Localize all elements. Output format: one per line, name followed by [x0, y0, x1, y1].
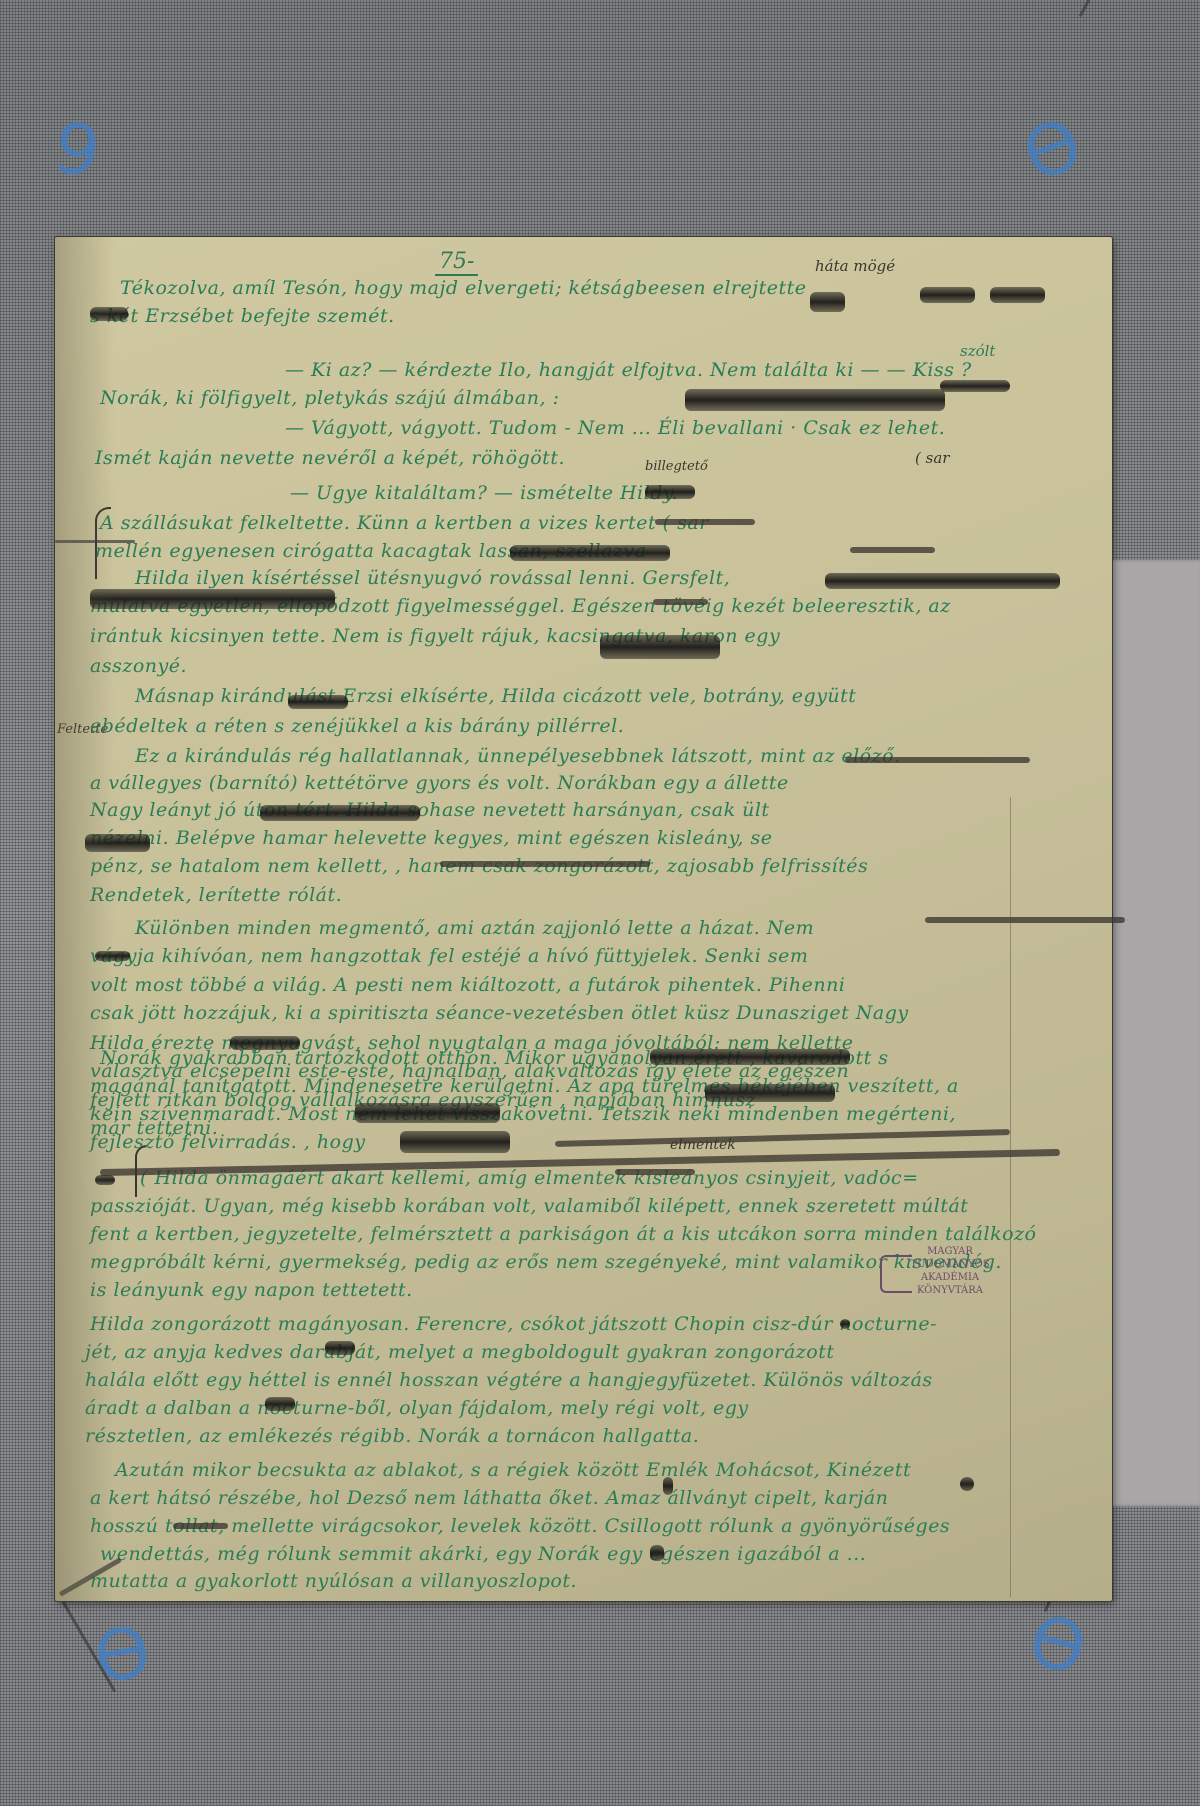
text-line-24: volt most többé a világ. A pesti nem kiá… — [90, 974, 845, 996]
redaction-mark — [705, 1084, 835, 1102]
redaction-mark — [260, 805, 420, 821]
pencil-mark-bottom-right: Ɵ — [1022, 1604, 1093, 1686]
text-line-10: Hilda ilyen kísértéssel ütésnyugvó rovás… — [135, 567, 730, 589]
text-line-21: Rendetek, lerítette rólát. — [90, 884, 342, 906]
text-line-15: ebédeltek a réten s zenéjükkel a kis bár… — [90, 715, 624, 737]
redaction-mark — [400, 1131, 510, 1153]
insert-szolt: szólt — [960, 342, 995, 360]
text-line-1: Tékozolva, amíl Tesón, hogy majd elverge… — [120, 277, 807, 299]
text-line-8: A szállásukat felkeltette. Künn a kertbe… — [100, 512, 709, 534]
text-line-19: nézelni. Belépve hamar helevette kegyes,… — [90, 827, 772, 849]
strike-through — [655, 519, 755, 525]
insert-billegteto: billegtető — [645, 459, 708, 474]
text-line-23: vágyja kihívóan, nem hangzottak fel esté… — [90, 945, 808, 967]
text-line-3: — Ki az? — kérdezte Ilo, hangját elfojtv… — [285, 359, 972, 381]
text-line-38: is leányunk egy napon tettetett. — [90, 1279, 413, 1301]
text-line-14: Másnap kirándulást Erzsi elkísérte, Hild… — [135, 685, 856, 707]
redaction-mark — [650, 1049, 850, 1065]
text-line-40: jét, az anyja kedves darabját, melyet a … — [85, 1341, 835, 1363]
redaction-mark — [90, 589, 335, 609]
text-line-18: Nagy leányt jó úton tért. Hilda sohase n… — [90, 799, 770, 821]
text-line-16: Ez a kirándulás rég hallatlannak, ünnepé… — [135, 745, 901, 767]
strike-through — [173, 1523, 228, 1529]
pencil-mark-bottom-left: Ɵ — [89, 1616, 155, 1695]
left-margin-note: Feltette — [57, 722, 108, 737]
strike-through — [555, 1129, 1010, 1147]
strike-through — [925, 917, 1125, 923]
redaction-mark — [325, 1341, 355, 1355]
text-line-4: Norák, ki fölfigyelt, pletykás szájú álm… — [100, 387, 559, 409]
pencil-tick-top-right — [1079, 0, 1133, 17]
text-line-41: halála előtt egy héttel is ennél hosszan… — [85, 1369, 933, 1391]
library-stamp: MAGYAR TUDOMÁNYOS AKADÉMIA KÖNYVTÁRA — [880, 1245, 1020, 1295]
text-line-13: asszonyé. — [90, 655, 187, 677]
page-number: 75- — [435, 249, 478, 276]
redaction-mark — [920, 287, 975, 303]
redaction-mark — [840, 1319, 850, 1329]
text-line-48: mutatta a gyakorlott nyúlósan a villanyo… — [90, 1570, 577, 1592]
text-line-2: s két Erzsébet befejte szemét. — [90, 305, 395, 327]
text-line-43: résztetlen, az emlékezés régibb. Norák a… — [85, 1425, 699, 1447]
text-line-32: kein szívenmaradt. Most nem lehet vissza… — [90, 1103, 956, 1125]
strike-through — [850, 547, 935, 553]
manuscript-page: 75- háta mögé szólt billegtető ( sar Fel… — [55, 237, 1112, 1601]
right-paren-note: ( sar — [915, 449, 949, 467]
text-line-22: Különben minden megmentő, ami aztán zajj… — [135, 917, 814, 939]
insert-hata-moge: háta mögé — [815, 257, 895, 275]
redaction-mark — [85, 834, 150, 852]
redaction-mark — [685, 389, 945, 411]
text-line-42: áradt a dalban a nocturne-ből, olyan fáj… — [85, 1397, 749, 1419]
text-line-7: — Ugye kitaláltam? — ismételte Hildy. — [290, 482, 678, 504]
redaction-mark — [600, 635, 720, 659]
pencil-mark-left-bottom — [59, 1557, 122, 1596]
text-line-5: — Vágyott, vágyott. Tudom - Nem ... Éli … — [285, 417, 945, 439]
strike-through — [845, 757, 1030, 763]
pencil-mark-top-left: 9 — [50, 112, 104, 188]
pencil-mark-top-right: Ѳ — [1015, 108, 1091, 193]
text-line-45: a kert hátsó részébe, hol Dezső nem láth… — [90, 1487, 888, 1509]
gray-insert-card — [1108, 560, 1200, 1506]
text-line-17: a vállegyes (barnító) kettétörve gyors é… — [90, 772, 789, 794]
redaction-mark — [90, 307, 128, 321]
text-line-35: passzióját. Ugyan, még kisebb korában vo… — [90, 1195, 968, 1217]
text-line-37: megpróbált kérni, gyermekség, pedig az e… — [90, 1251, 1002, 1273]
ink-blot — [650, 1545, 664, 1561]
ink-blot — [960, 1477, 974, 1491]
text-line-39: Hilda zongorázott magányosan. Ferencre, … — [90, 1313, 937, 1335]
text-line-6: Ismét kaján nevette nevéről a képét, röh… — [95, 447, 565, 469]
stamp-border — [880, 1255, 912, 1293]
margin-bracket — [95, 507, 111, 579]
text-line-33: fejlesztő felvirradás. , hogy — [90, 1131, 366, 1153]
strike-through — [615, 1169, 695, 1175]
redaction-mark — [645, 485, 695, 499]
redaction-mark — [95, 1175, 115, 1185]
text-line-25: csak jött hozzájuk, ki a spiritiszta séa… — [90, 1002, 909, 1024]
ink-blot — [663, 1477, 673, 1495]
redaction-mark — [265, 1397, 295, 1411]
redaction-mark — [510, 545, 670, 561]
strike-through — [440, 861, 650, 867]
text-line-44: Azután mikor becsukta az ablakot, s a ré… — [115, 1459, 911, 1481]
redaction-mark — [940, 380, 1010, 392]
redaction-mark — [810, 292, 845, 312]
redaction-mark — [355, 1103, 500, 1123]
text-line-36: fent a kertben, jegyzetelte, felmérsztet… — [90, 1223, 1037, 1245]
text-line-47: wendettás, még rólunk semmit akárki, egy… — [100, 1543, 866, 1565]
redaction-mark — [95, 951, 130, 961]
redaction-mark — [288, 695, 348, 709]
redaction-mark — [230, 1036, 300, 1050]
redaction-mark — [990, 287, 1045, 303]
redaction-mark — [825, 573, 1060, 589]
strike-through — [653, 599, 708, 605]
